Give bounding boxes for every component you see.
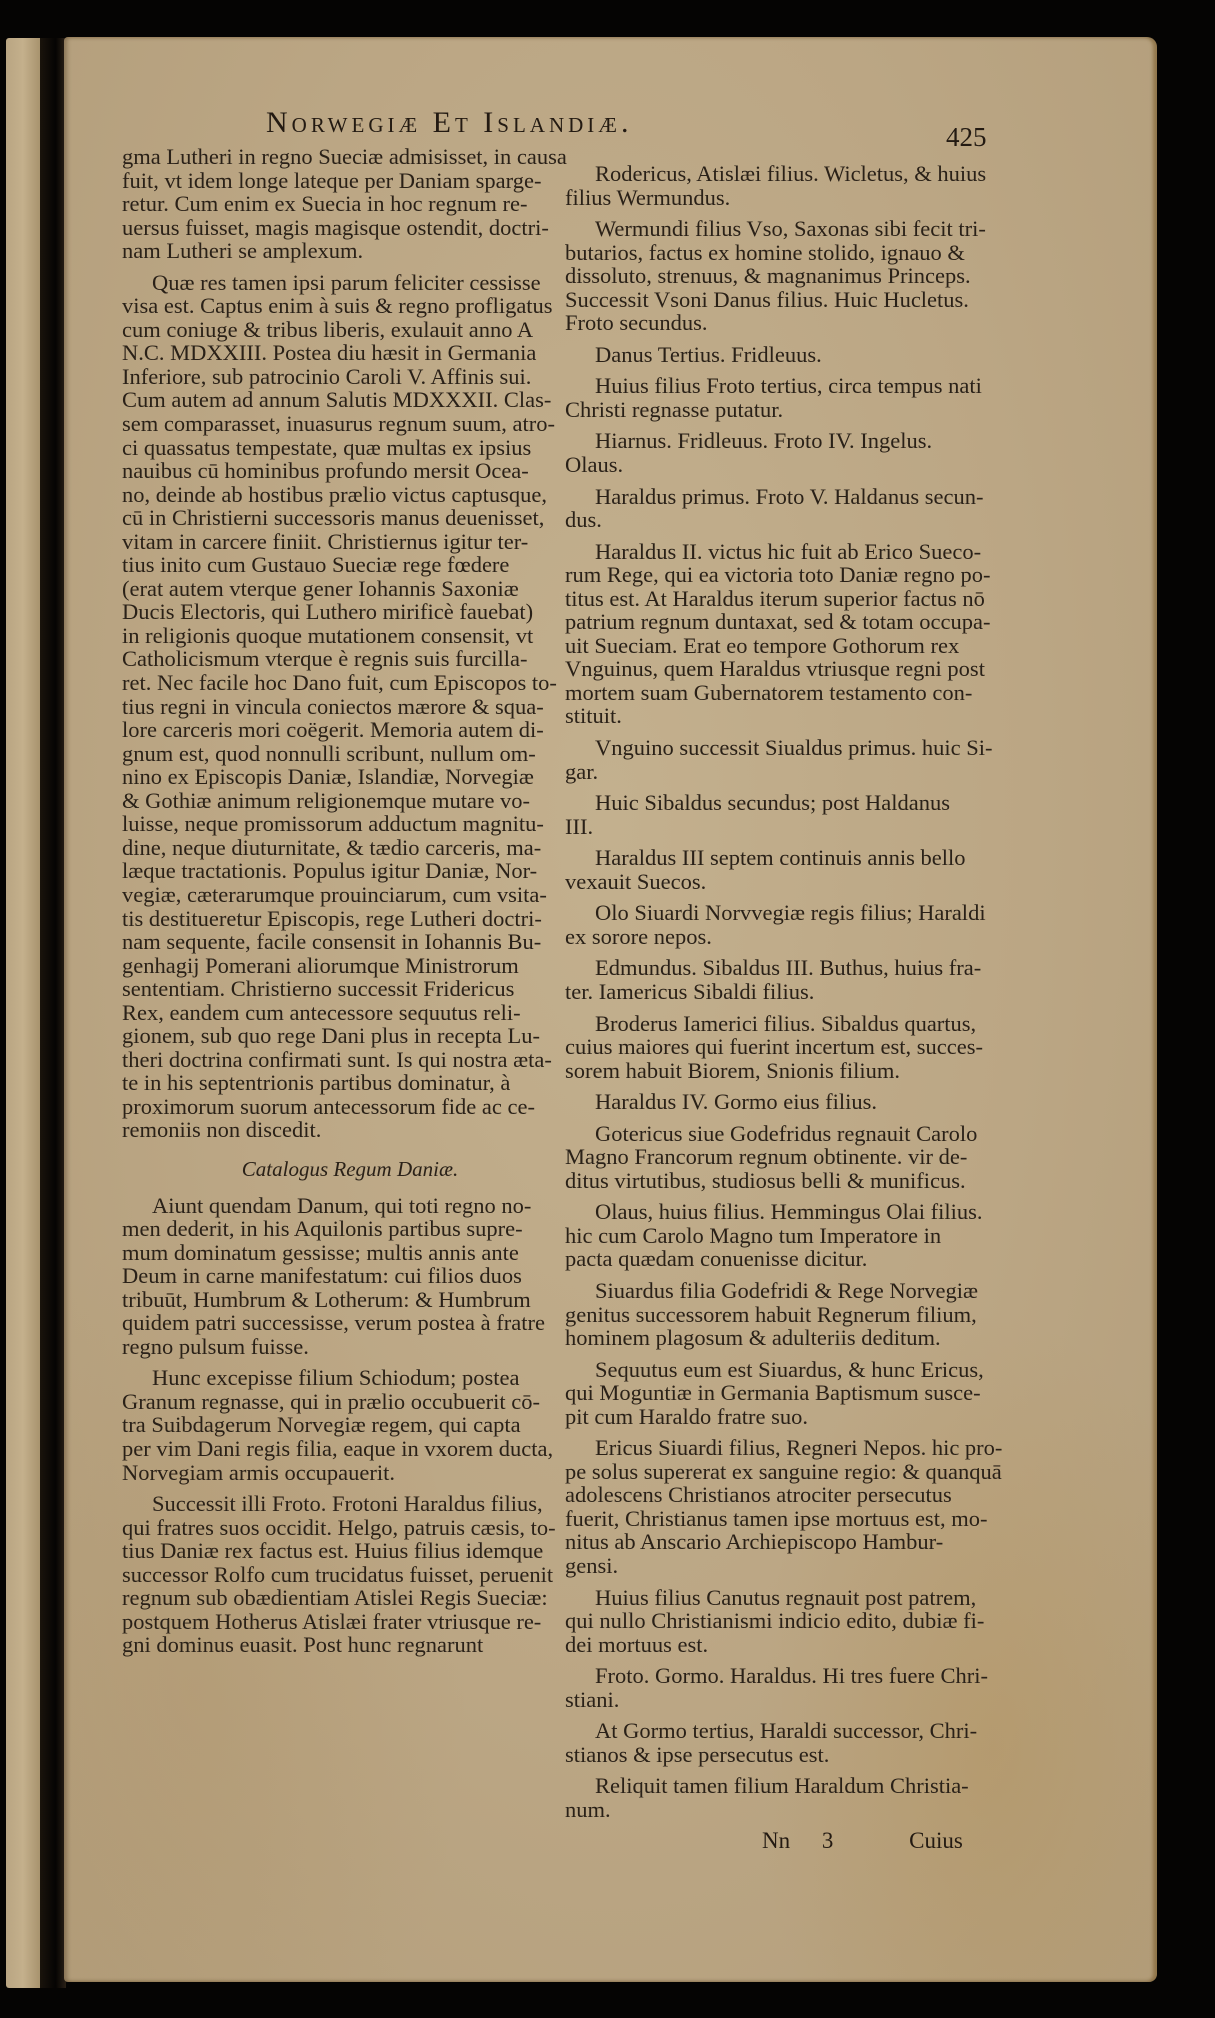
text-line: Deum in carne manifestatum: cui filios d…	[122, 1264, 558, 1288]
text-line: luisse, neque promissorum adductum magni…	[122, 812, 558, 836]
text-line: Siuardus filia Godefridi & Rege Norvegiæ	[565, 1279, 993, 1303]
text-line: Christi regnasse putatur.	[565, 398, 993, 422]
left-column-text-part1: gma Lutheri in regno Sueciæ admisisset, …	[122, 145, 558, 1142]
text-line: vitam in carcere finiit. Christiernus ig…	[122, 530, 558, 554]
text-line: Danus Tertius. Fridleuus.	[565, 343, 993, 367]
text-line: ret. Nec facile hoc Dano fuit, cum Episc…	[122, 671, 558, 695]
text-line: sententiam. Christierno successit Frider…	[122, 977, 558, 1001]
text-line: nino ex Episcopis Daniæ, Islandiæ, Norve…	[122, 765, 558, 789]
text-line: postquem Hotherus Atislæi frater vtriusq…	[122, 1610, 558, 1634]
text-line: gma Lutheri in regno Sueciæ admisisset, …	[122, 145, 558, 169]
text-line: Huius filius Canutus regnauit post patre…	[565, 1586, 993, 1610]
text-line: ci quassatus tempestate, quæ multas ex i…	[122, 436, 558, 460]
signature-line: Nn 3 Cuius	[762, 1828, 963, 1854]
text-line: læque tractationis. Populus igitur Daniæ…	[122, 859, 558, 883]
right-column: Rodericus, Atislæi filius. Wicletus, & h…	[565, 162, 993, 1821]
text-line: sem comparasset, inuasurus regnum suum, …	[122, 412, 558, 436]
text-line: Magno Francorum regnum obtinente. vir de…	[565, 1145, 993, 1169]
text-line: cū in Christierni successoris manus deue…	[122, 506, 558, 530]
text-line: visa est. Captus enim à suis & regno pro…	[122, 294, 558, 318]
text-line: III.	[565, 815, 993, 839]
text-line: hominem plagosum & adulteriis deditum.	[565, 1326, 993, 1350]
text-line: ter. Iamericus Sibaldi filius.	[565, 980, 993, 1004]
text-line: Froto secundus.	[565, 311, 993, 335]
text-line: Rex, eandem cum antecessore sequutus rel…	[122, 1001, 558, 1025]
text-line: Successit illi Froto. Frotoni Haraldus f…	[122, 1492, 558, 1516]
text-line: Sequutus eum est Siuardus, & hunc Ericus…	[565, 1358, 993, 1382]
text-line: dei mortuus est.	[565, 1633, 993, 1657]
text-line: fuerit, Christianus tamen ipse mortuus e…	[565, 1507, 993, 1531]
text-line: Hunc excepisse filium Schiodum; postea	[122, 1366, 558, 1390]
text-line: Catholicismum vterque è regnis suis furc…	[122, 647, 558, 671]
text-line: remoniis non discedit.	[122, 1118, 558, 1142]
text-line: At Gormo tertius, Haraldi successor, Chr…	[565, 1719, 993, 1743]
text-line: num.	[565, 1798, 993, 1822]
text-line: tius Daniæ rex factus est. Huius filius …	[122, 1539, 558, 1563]
text-line: gionem, sub quo rege Dani plus in recept…	[122, 1024, 558, 1048]
text-line: Haraldus primus. Froto V. Haldanus secun…	[565, 485, 993, 509]
text-line: N.C. MDXXIII. Postea diu hæsit in German…	[122, 341, 558, 365]
text-line: gni dominus euasit. Post hunc regnarunt	[122, 1633, 558, 1657]
text-line: Aiunt quendam Danum, qui toti regno no-	[122, 1194, 558, 1218]
text-line: pe solus supererat ex sanguine regio: & …	[565, 1460, 993, 1484]
text-line: mortem suam Gubernatorem testamento con-	[565, 681, 993, 705]
text-line: dus.	[565, 508, 993, 532]
text-line: (erat autem vterque gener Iohannis Saxon…	[122, 577, 558, 601]
page-number: 425	[946, 122, 987, 153]
section-title: Catalogus Regum Daniæ.	[122, 1158, 558, 1182]
text-line: Quæ res tamen ipsi parum feliciter cessi…	[122, 271, 558, 295]
running-head: Norwegiæ Et Islandiæ.	[266, 106, 826, 140]
text-line: tribuūt, Humbrum & Lotherum: & Humbrum	[122, 1288, 558, 1312]
text-line: Huic Sibaldus secundus; post Haldanus	[565, 791, 993, 815]
text-line: Olaus, huius filius. Hemmingus Olai fili…	[565, 1200, 993, 1224]
text-line: stituit.	[565, 704, 993, 728]
text-line: Broderus Iamerici filius. Sibaldus quart…	[565, 1012, 993, 1036]
text-line: dissoluto, strenuus, & magnanimus Prince…	[565, 264, 993, 288]
text-line: tis destitueretur Episcopis, rege Luther…	[122, 907, 558, 931]
text-line: qui nullo Christianismi indicio edito, d…	[565, 1609, 993, 1633]
text-line: vegiæ, cæterarumque prouinciarum, cum vs…	[122, 883, 558, 907]
text-line: Rodericus, Atislæi filius. Wicletus, & h…	[565, 162, 993, 186]
text-line: regnum sub obædientiam Atislei Regis Sue…	[122, 1586, 558, 1610]
text-line: uit Sueciam. Erat eo tempore Gothorum re…	[565, 634, 993, 658]
text-line: & Gothiæ animum religionemque mutare vo-	[122, 789, 558, 813]
text-line: genhagij Pomerani aliorumque Ministrorum	[122, 954, 558, 978]
text-line: lore carceris mori coëgerit. Memoria aut…	[122, 718, 558, 742]
text-line: cuius maiores qui fuerint incertum est, …	[565, 1035, 993, 1059]
text-line: stianos & ipse persecutus est.	[565, 1743, 993, 1767]
catchword: Cuius	[909, 1828, 963, 1854]
text-line: successor Rolfo cum trucidatus fuisset, …	[122, 1563, 558, 1587]
book-gutter	[40, 38, 66, 1988]
text-line: nauibus cū hominibus profundo mersit Oce…	[122, 459, 558, 483]
text-line: tius regni in vincula coniectos mærore &…	[122, 695, 558, 719]
text-line: per vim Dani regis filia, eaque in vxore…	[122, 1437, 558, 1461]
text-line: qui fratres suos occidit. Helgo, patruis…	[122, 1516, 558, 1540]
text-line: proximorum suorum antecessorum fide ac c…	[122, 1095, 558, 1119]
text-line: nitus ab Anscario Archiepiscopo Hambur-	[565, 1530, 993, 1554]
text-line: Haraldus IV. Gormo eius filius.	[565, 1090, 993, 1114]
text-line: Reliquit tamen filium Haraldum Christia-	[565, 1774, 993, 1798]
right-column-text: Rodericus, Atislæi filius. Wicletus, & h…	[565, 162, 993, 1821]
text-line: gensi.	[565, 1554, 993, 1578]
signature-number: 3	[822, 1828, 834, 1854]
signature-mark: Nn	[762, 1828, 790, 1854]
text-line: Granum regnasse, qui in prælio occubueri…	[122, 1390, 558, 1414]
text-line: Ducis Electoris, qui Luthero mirificè fa…	[122, 600, 558, 624]
text-line: quidem patri successisse, verum postea à…	[122, 1311, 558, 1335]
text-line: ditus virtutibus, studiosus belli & muni…	[565, 1169, 993, 1193]
text-line: gnum est, quod nonnulli scribunt, nullum…	[122, 742, 558, 766]
text-line: Froto. Gormo. Haraldus. Hi tres fuere Ch…	[565, 1664, 993, 1688]
previous-page-edge	[6, 38, 40, 1988]
text-line: qui Moguntiæ in Germania Baptismum susce…	[565, 1381, 993, 1405]
text-line: dine, neque diuturnitate, & tædio carcer…	[122, 836, 558, 860]
text-line: Edmundus. Sibaldus III. Buthus, huius fr…	[565, 956, 993, 980]
text-line: stiani.	[565, 1688, 993, 1712]
text-line: Olaus.	[565, 453, 993, 477]
text-line: rum Rege, qui ea victoria toto Daniæ reg…	[565, 563, 993, 587]
text-line: nam Lutheri se amplexum.	[122, 239, 558, 263]
text-line: Hiarnus. Fridleuus. Froto IV. Ingelus.	[565, 429, 993, 453]
text-line: te in his septentrionis partibus dominat…	[122, 1071, 558, 1095]
text-line: Norvegiam armis occupauerit.	[122, 1461, 558, 1485]
text-line: cum coniuge & tribus liberis, exulauit a…	[122, 318, 558, 342]
text-line: Wermundi filius Vso, Saxonas sibi fecit …	[565, 217, 993, 241]
text-line: Vnguino successit Siualdus primus. huic …	[565, 736, 993, 760]
text-line: uersus fuisset, magis magisque ostendit,…	[122, 216, 558, 240]
text-line: fuit, vt idem longe lateque per Daniam s…	[122, 169, 558, 193]
text-line: hic cum Carolo Magno tum Imperatore in	[565, 1224, 993, 1248]
text-line: in religionis quoque mutationem consensi…	[122, 624, 558, 648]
text-line: Huius filius Froto tertius, circa tempus…	[565, 374, 993, 398]
text-line: Ericus Siuardi filius, Regneri Nepos. hi…	[565, 1436, 993, 1460]
text-line: Olo Siuardi Norvvegiæ regis filius; Hara…	[565, 901, 993, 925]
left-column-text-part2: Aiunt quendam Danum, qui toti regno no-m…	[122, 1194, 558, 1657]
left-column: gma Lutheri in regno Sueciæ admisisset, …	[122, 145, 558, 1657]
text-line: genitus successorem habuit Regnerum fili…	[565, 1303, 993, 1327]
text-line: adolescens Christianos atrociter persecu…	[565, 1483, 993, 1507]
text-line: Haraldus II. victus hic fuit ab Erico Su…	[565, 540, 993, 564]
text-line: gar.	[565, 760, 993, 784]
text-line: filius Wermundus.	[565, 186, 993, 210]
text-line: tius inito cum Gustauo Sueciæ rege fœder…	[122, 553, 558, 577]
text-line: theri doctrina confirmati sunt. Is qui n…	[122, 1048, 558, 1072]
text-line: retur. Cum enim ex Suecia in hoc regnum …	[122, 192, 558, 216]
text-line: pacta quædam conuenisse dicitur.	[565, 1247, 993, 1271]
text-line: no, deinde ab hostibus prælio victus cap…	[122, 483, 558, 507]
text-line: tra Suibdagerum Norvegiæ regem, qui capt…	[122, 1413, 558, 1437]
text-line: Cum autem ad annum Salutis MDXXXII. Clas…	[122, 388, 558, 412]
text-line: Inferiore, sub patrocinio Caroli V. Affi…	[122, 365, 558, 389]
text-line: Haraldus III septem continuis annis bell…	[565, 846, 993, 870]
text-line: titus est. At Haraldus iterum superior f…	[565, 587, 993, 611]
text-line: butarios, factus ex homine stolido, igna…	[565, 241, 993, 265]
text-line: patrium regnum duntaxat, sed & totam occ…	[565, 610, 993, 634]
text-line: nam sequente, facile consensit in Iohann…	[122, 930, 558, 954]
text-line: sorem habuit Biorem, Snionis filium.	[565, 1059, 993, 1083]
text-line: mum dominatum gessisse; multis annis ant…	[122, 1241, 558, 1265]
text-line: men dederit, in his Aquilonis partibus s…	[122, 1217, 558, 1241]
text-line: ex sorore nepos.	[565, 925, 993, 949]
text-line: regno pulsum fuisse.	[122, 1335, 558, 1359]
text-line: pit cum Haraldo fratre suo.	[565, 1405, 993, 1429]
text-line: vexauit Suecos.	[565, 870, 993, 894]
text-line: Vnguinus, quem Haraldus vtriusque regni …	[565, 657, 993, 681]
text-line: Successit Vsoni Danus filius. Huic Hucle…	[565, 288, 993, 312]
text-line: Gotericus siue Godefridus regnauit Carol…	[565, 1122, 993, 1146]
